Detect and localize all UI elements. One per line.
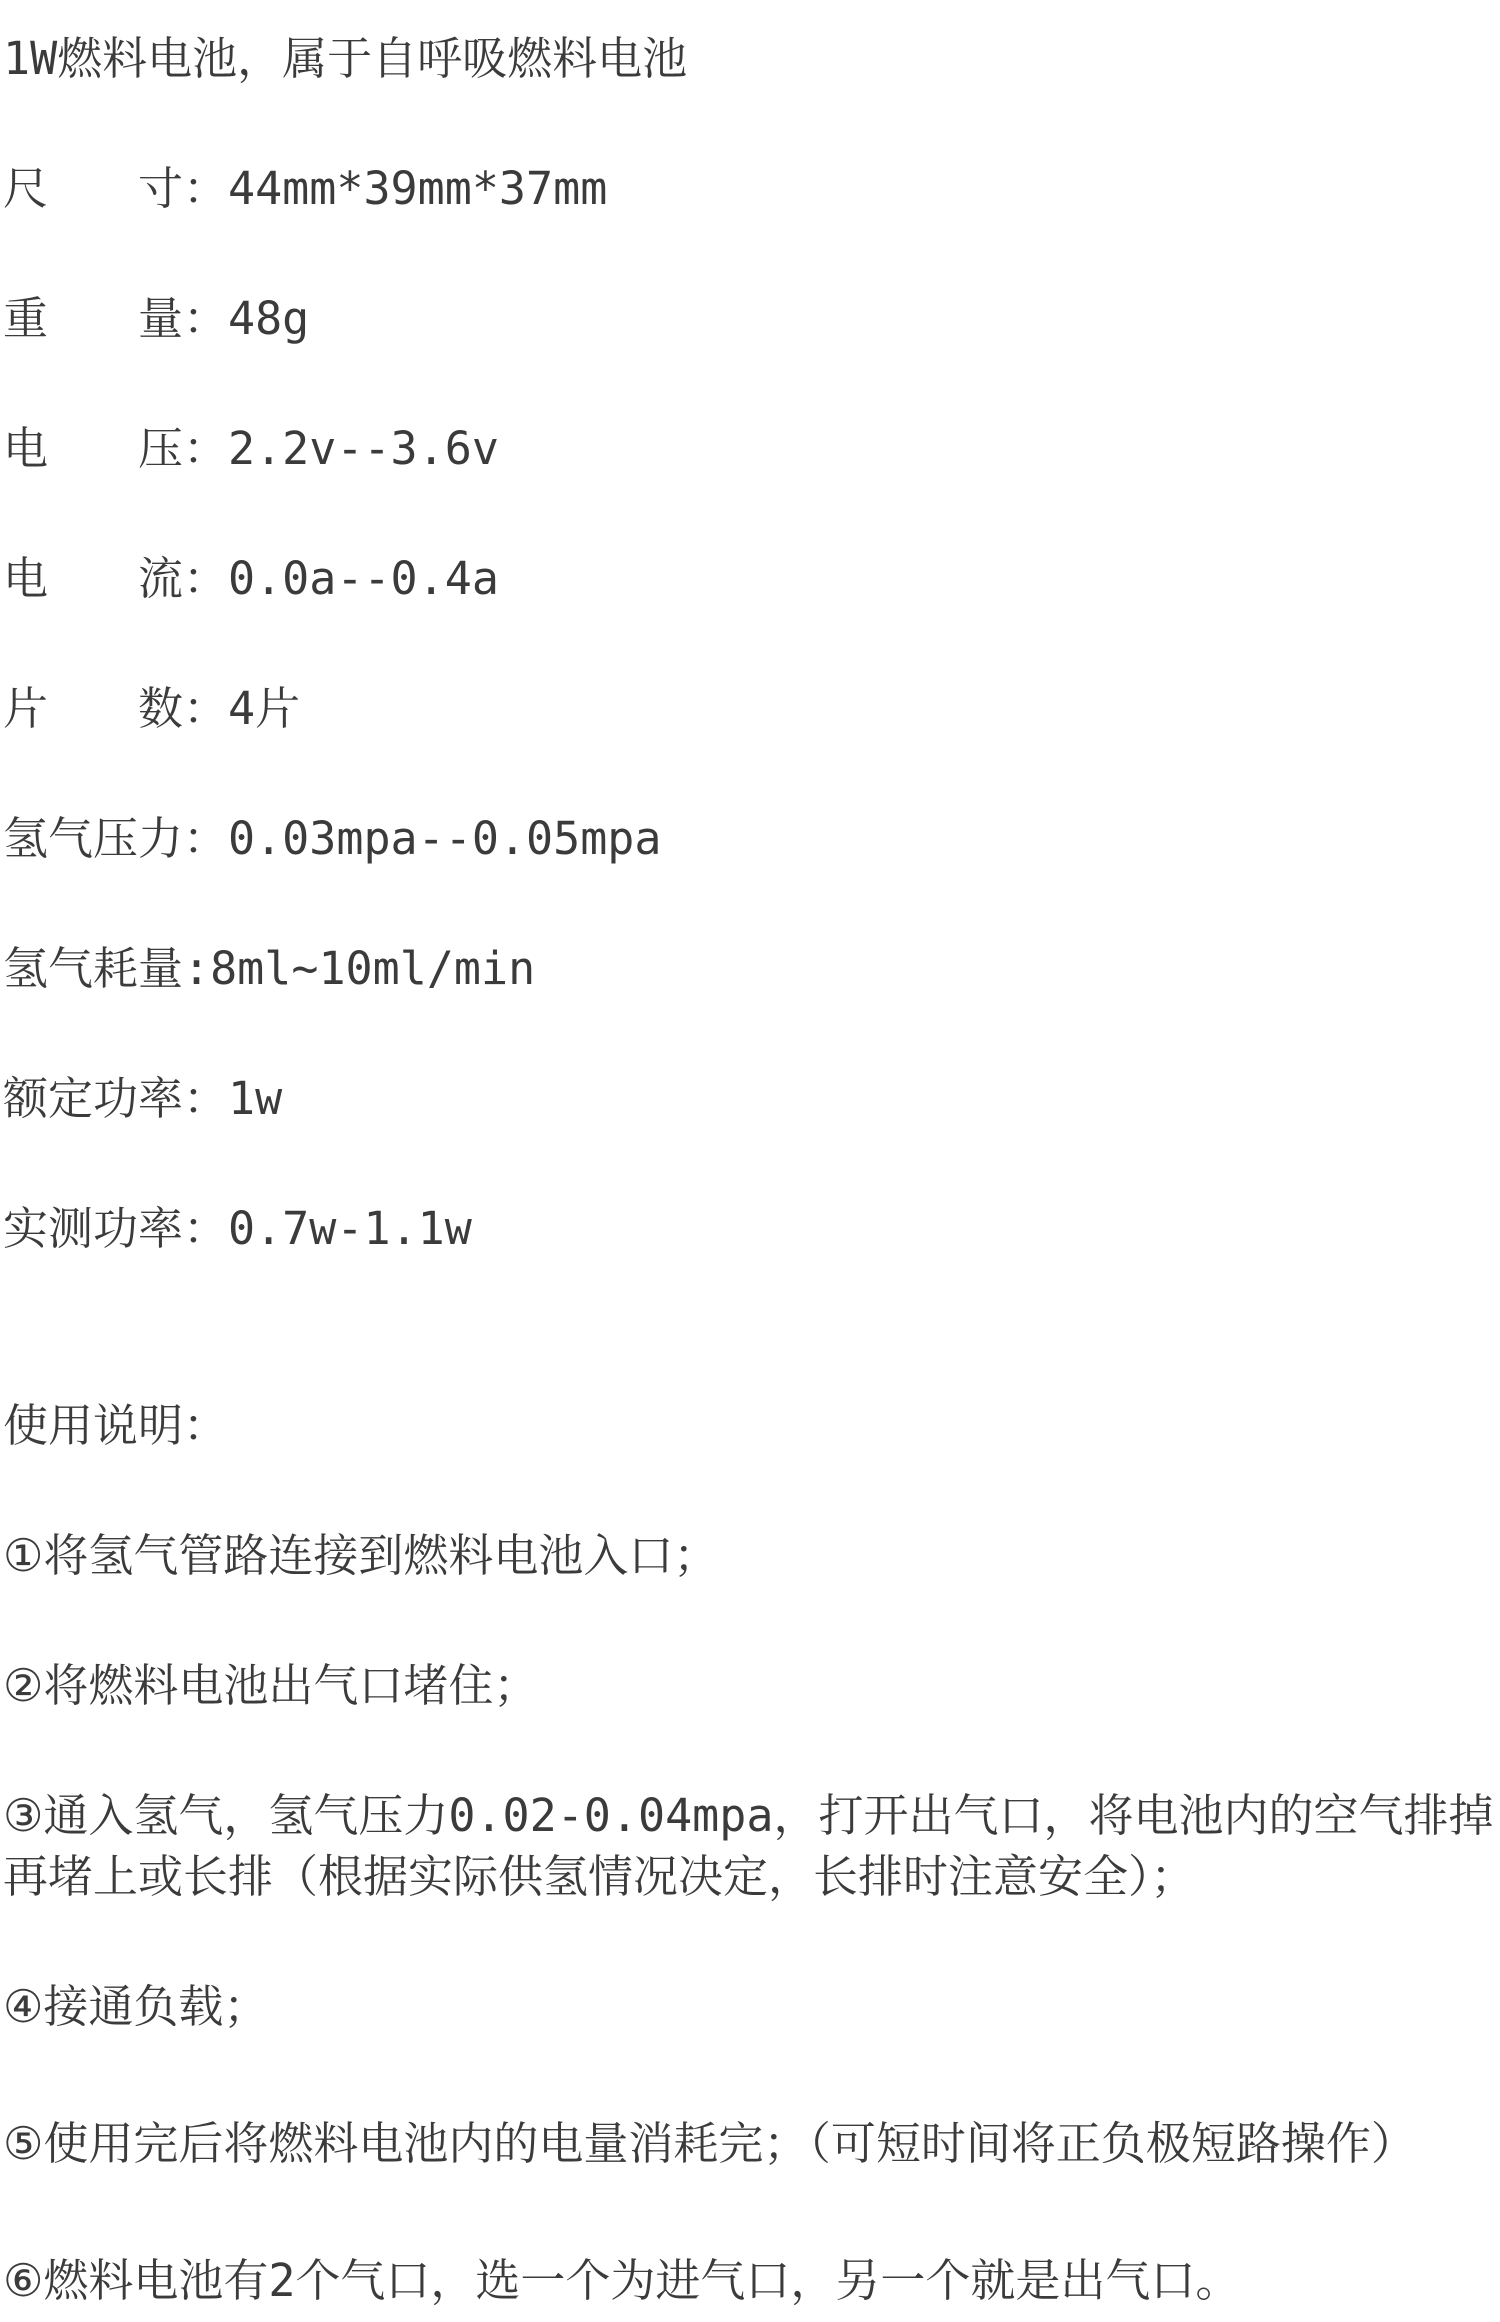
usage-instructions-heading: 使用说明： xyxy=(3,1328,1494,1456)
spec-line-dimensions: 尺 寸：44mm*39mm*37mm xyxy=(3,158,1494,219)
usage-step-5: ⑤使用完后将燃料电池内的电量消耗完；（可短时间将正负极短路操作） xyxy=(3,2113,1494,2174)
spec-line-h2-pressure: 氢气压力：0.03mpa--0.05mpa xyxy=(3,808,1494,869)
usage-step-1: ①将氢气管路连接到燃料电池入口； xyxy=(3,1525,1494,1586)
spec-line-voltage: 电 压：2.2v--3.6v xyxy=(3,418,1494,479)
usage-step-3: ③通入氢气，氢气压力0.02-0.04mpa，打开出气口，将电池内的空气排掉再堵… xyxy=(3,1785,1494,1907)
usage-step-2: ②将燃料电池出气口堵住； xyxy=(3,1655,1494,1716)
intro-line: 1W燃料电池，属于自呼吸燃料电池 xyxy=(3,28,1494,89)
spec-line-measured-power: 实测功率：0.7w-1.1w xyxy=(3,1198,1494,1259)
spec-line-current: 电 流：0.0a--0.4a xyxy=(3,548,1494,609)
spec-line-weight: 重 量：48g xyxy=(3,288,1494,349)
spec-line-h2-consumption: 氢气耗量:8ml~10ml/min xyxy=(3,938,1494,999)
usage-step-6: ⑥燃料电池有2个气口，选一个为进气口，另一个就是出气口。 xyxy=(3,2250,1494,2311)
usage-step-4: ④接通负载； xyxy=(3,1976,1494,2037)
spec-line-cell-count: 片 数：4片 xyxy=(3,678,1494,739)
product-description-page: 1W燃料电池，属于自呼吸燃料电池 尺 寸：44mm*39mm*37mm 重 量：… xyxy=(0,0,1500,2322)
spec-line-rated-power: 额定功率：1w xyxy=(3,1068,1494,1129)
